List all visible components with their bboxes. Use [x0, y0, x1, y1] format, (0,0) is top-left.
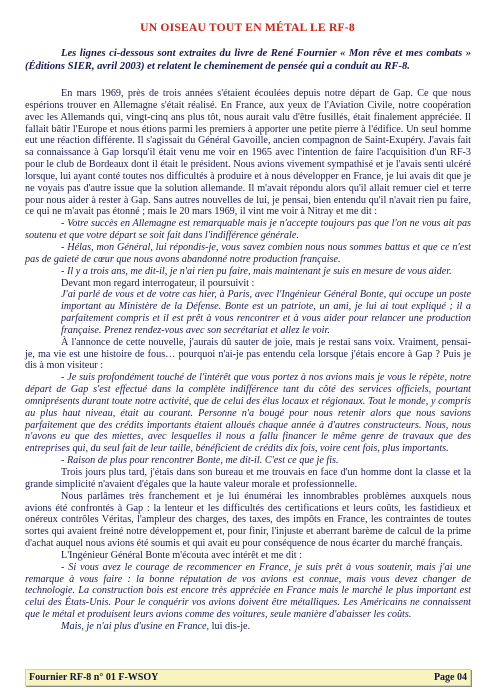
- paragraph: - Votre succès en Allemagne est remarqua…: [25, 218, 471, 242]
- paragraph-segment: , lui dis-je.: [207, 621, 251, 632]
- paragraph: - Si vous avez le courage de recommencer…: [25, 562, 471, 621]
- paragraph: - Raison de plus pour rencontrer Bonte, …: [25, 455, 471, 467]
- paragraph-segment: Mais, je n'ai plus d'usine en France: [61, 621, 207, 632]
- article-content: Les lignes ci-dessous sont extraites du …: [0, 34, 495, 633]
- paragraph: Trois jours plus tard, j'étais dans son …: [25, 467, 471, 491]
- paragraph: - Je suis profondément touché de l'intér…: [25, 372, 471, 455]
- paragraph: - Il y a trois ans, me dit-il, je n'ai r…: [25, 266, 471, 278]
- paragraph: Mais, je n'ai plus d'usine en France, lu…: [25, 621, 471, 633]
- paragraph: En mars 1969, près de trois années s'éta…: [25, 88, 471, 218]
- paragraph: J'ai parlé de vous et de votre cas hier,…: [61, 289, 471, 336]
- page-footer: Fournier RF-8 n° 01 F-WSOY Page 04: [25, 669, 471, 686]
- intro-paragraph: Les lignes ci-dessous sont extraites du …: [25, 47, 471, 73]
- paragraph: À l'annonce de cette nouvelle, j'aurais …: [25, 337, 471, 373]
- article-body: En mars 1969, près de trois années s'éta…: [25, 88, 471, 633]
- footer-page-number: Page 04: [434, 672, 467, 683]
- paragraph: Devant mon regard interrogateur, il pour…: [25, 278, 471, 290]
- document-page: UN OISEAU TOUT EN MÉTAL LE RF-8 Les lign…: [0, 0, 495, 700]
- page-title: UN OISEAU TOUT EN MÉTAL LE RF-8: [0, 0, 495, 34]
- paragraph: L'Ingénieur Général Bonte m'écouta avec …: [25, 550, 471, 562]
- paragraph: Nous parlâmes très franchement et je lui…: [25, 491, 471, 550]
- footer-document-title: Fournier RF-8 n° 01 F-WSOY: [29, 672, 158, 683]
- paragraph: - Hélas, mon Général, lui répondis-je, v…: [25, 242, 471, 266]
